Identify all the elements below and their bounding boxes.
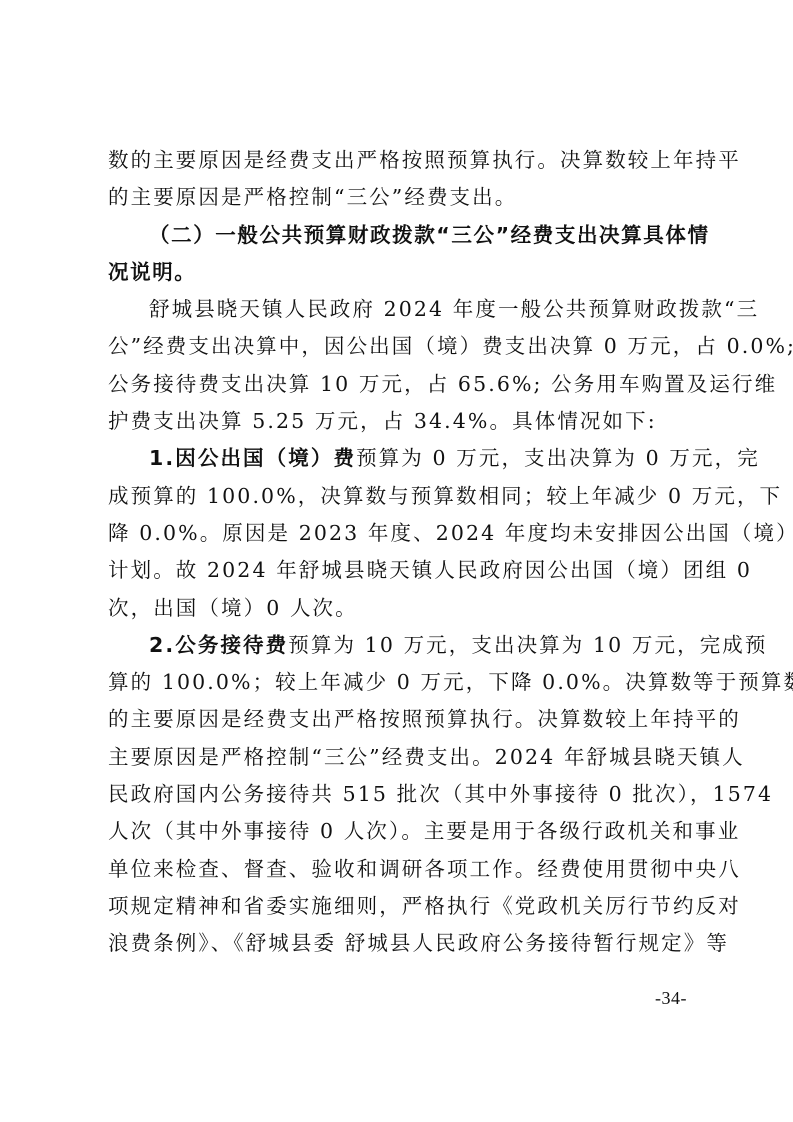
paragraph-line: 护费支出决算 5.25 万元，占 34.4%。具体情况如下: (108, 403, 692, 440)
page-number: -34- (655, 988, 687, 1009)
item-2-heading: 2.公务接待费 (149, 627, 288, 664)
item-2-text: 预算为 10 万元，支出决算为 10 万元，完成预 (288, 627, 767, 664)
paragraph-line: 单位来检查、督查、验收和调研各项工作。经费使用贯彻中央八 (108, 851, 692, 888)
item-2-line: 2.公务接待费 预算为 10 万元，支出决算为 10 万元，完成预 (108, 627, 692, 664)
paragraph-line: 的主要原因是严格控制“三公”经费支出。 (108, 179, 692, 216)
paragraph-line: 成预算的 100.0%，决算数与预算数相同；较上年减少 0 万元，下 (108, 478, 692, 515)
paragraph-line: 主要原因是严格控制“三公”经费支出。2024 年舒城县晓天镇人 (108, 739, 692, 776)
paragraph-line: 公”经费支出决算中，因公出国（境）费支出决算 0 万元，占 0.0%; (108, 328, 692, 365)
item-1-line: 1.因公出国（境）费 预算为 0 万元，支出决算为 0 万元，完 (108, 440, 692, 477)
paragraph-line: 降 0.0%。原因是 2023 年度、2024 年度均未安排因公出国（境） (108, 515, 692, 552)
paragraph-line: 人次（其中外事接待 0 人次）。主要是用于各级行政机关和事业 (108, 813, 692, 850)
paragraph-line: 次，出国（境）0 人次。 (108, 590, 692, 627)
paragraph-line: 民政府国内公务接待共 515 批次（其中外事接待 0 批次），1574 (108, 776, 692, 813)
paragraph-line: 算的 100.0%；较上年减少 0 万元，下降 0.0%。决算数等于预算数 (108, 664, 692, 701)
section-heading-cont: 况说明。 (108, 254, 692, 291)
paragraph-line: 舒城县晓天镇人民政府 2024 年度一般公共预算财政拨款“三 (108, 291, 692, 328)
item-1-text: 预算为 0 万元，支出决算为 0 万元，完 (356, 440, 760, 477)
paragraph-line: 公务接待费支出决算 10 万元，占 65.6%; 公务用车购置及运行维 (108, 366, 692, 403)
document-body: 数的主要原因是经费支出严格按照预算执行。决算数较上年持平 的主要原因是严格控制“… (108, 142, 692, 963)
paragraph-line: 项规定精神和省委实施细则，严格执行《党政机关厉行节约反对 (108, 888, 692, 925)
paragraph-line: 计划。故 2024 年舒城县晓天镇人民政府因公出国（境）团组 0 (108, 552, 692, 589)
paragraph-line: 数的主要原因是经费支出严格按照预算执行。决算数较上年持平 (108, 142, 692, 179)
section-heading: （二）一般公共预算财政拨款“三公”经费支出决算具体情 (108, 217, 692, 254)
item-1-heading: 1.因公出国（境）费 (149, 440, 356, 477)
paragraph-line: 的主要原因是经费支出严格按照预算执行。决算数较上年持平的 (108, 701, 692, 738)
paragraph-line: 浪费条例》、《舒城县委 舒城县人民政府公务接待暂行规定》等 (108, 925, 692, 962)
